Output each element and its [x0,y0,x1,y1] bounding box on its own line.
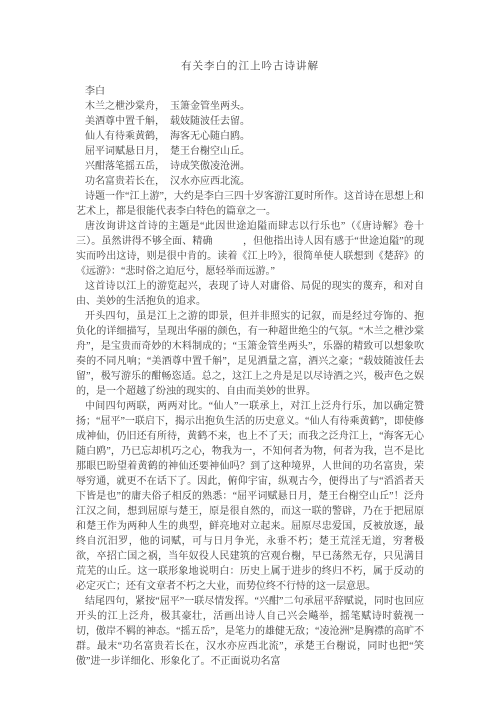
document-title: 有关李白的江上吟古诗讲解 [0,0,500,73]
paragraph-theme-commentary: 唐汝询讲这首诗的主题是“此因世途迫隘而肆志以行乐也”（《唐诗解》卷十三）。虽然讲… [76,219,424,279]
paragraph-middle-couplets-analysis: 中间四句两联，两两对比。“仙人”一联承上，对江上泛舟行乐，加以确定赞扬；“屈平”… [76,399,424,594]
paragraph-opening-lines-analysis: 开头四句，虽是江上之游的即景，但并非照实的记叙，而是经过夸饰的、抱负化的详细描写… [76,309,424,399]
poem-line: 木兰之枻沙棠舟， 玉箫金管坐两头。 [76,99,424,114]
poem-line: 屈平词赋悬日月， 楚王台榭空山丘。 [76,144,424,159]
document-body: 李白 木兰之枻沙棠舟， 玉箫金管坐两头。 美酒尊中置千斛， 载妓随波任去留。 仙… [76,84,424,669]
paragraph-overview: 这首诗以江上的游览起兴，表现了诗人对庸俗、局促的现实的蔑弃，和对自由、美妙的生活… [76,279,424,309]
paragraph-closing-lines-analysis: 结尾四句，紧按“屈平”一联尽情发挥。“兴酣”二句承屈平辞赋说，同时也回应开头的江… [76,594,424,669]
poem-line: 美酒尊中置千斛， 载妓随波任去留。 [76,114,424,129]
poem-author: 李白 [76,84,424,99]
poem-line: 仙人有待乘黄鹤， 海客无心随白鸥。 [76,129,424,144]
paragraph-intro: 诗题一作“江上游”，大约是李白三四十岁客游江夏时所作。这首诗在思想上和艺术上，都… [76,189,424,219]
document-page: 有关李白的江上吟古诗讲解 李白 木兰之枻沙棠舟， 玉箫金管坐两头。 美酒尊中置千… [0,0,500,707]
poem-line: 功名富贵若长在， 汉水亦应西北流。 [76,174,424,189]
poem-line: 兴酣落笔摇五岳， 诗成笑傲凌沧洲。 [76,159,424,174]
